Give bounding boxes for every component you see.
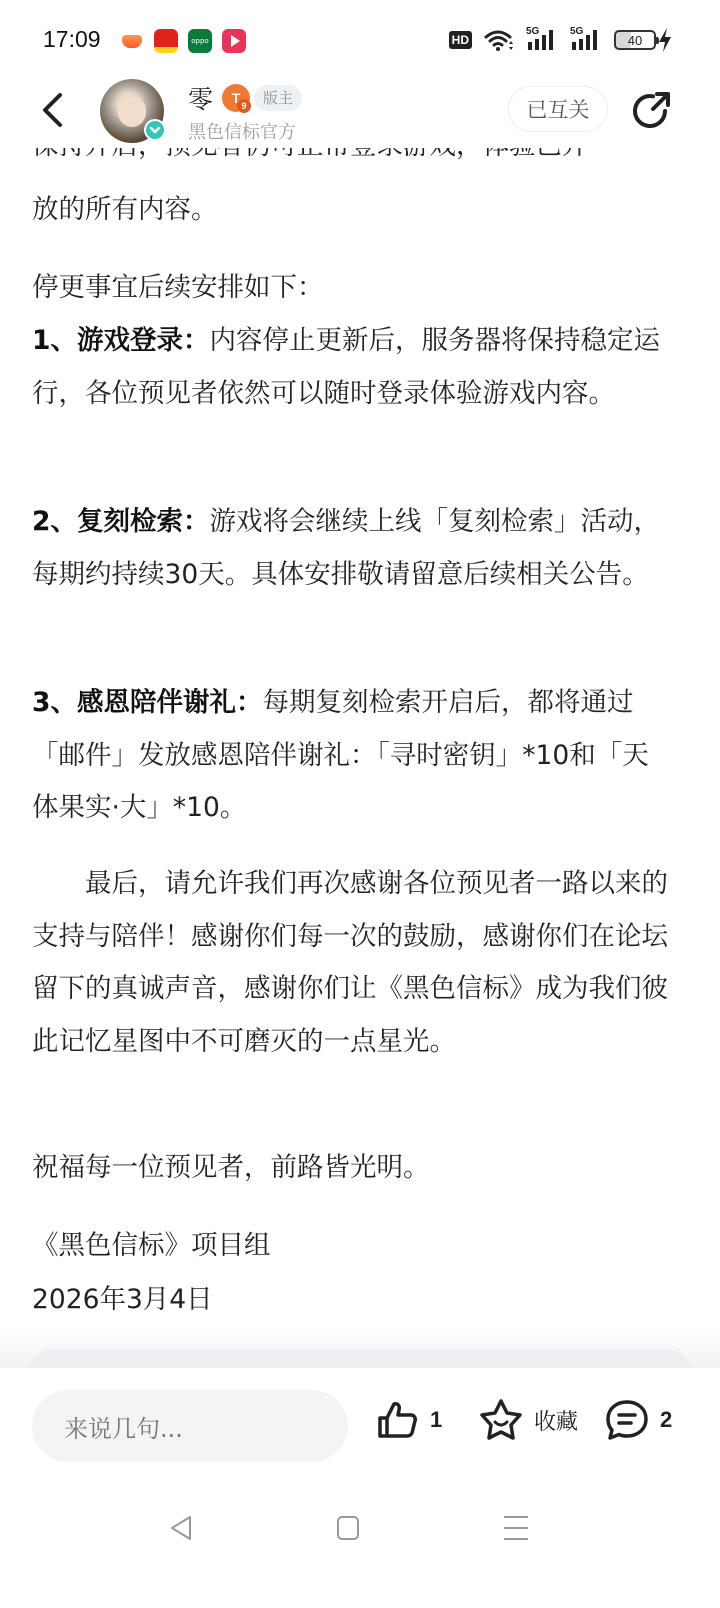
user-subtitle: 黑色信标官方 bbox=[188, 118, 296, 144]
notification-icons: oppo bbox=[120, 29, 246, 53]
system-nav-bar bbox=[0, 1488, 720, 1608]
thumbs-up-icon bbox=[376, 1398, 420, 1442]
paragraph-continuation: 放的所有内容。 bbox=[32, 184, 672, 237]
signal-5g-icon-1: 5G bbox=[526, 28, 558, 52]
avatar[interactable] bbox=[100, 79, 164, 143]
comment-input[interactable]: 来说几句... bbox=[32, 1390, 348, 1462]
signal-5g-icon-2: 5G bbox=[570, 28, 602, 52]
favorite-label: 收藏 bbox=[534, 1405, 578, 1436]
comments-button[interactable]: 2 bbox=[604, 1398, 672, 1442]
level-badge: T 9 bbox=[222, 84, 250, 112]
blessing-line: 祝福每一位预见者，前路皆光明。 bbox=[32, 1142, 672, 1195]
oppo-icon: oppo bbox=[188, 29, 212, 53]
closing-paragraph: 最后，请允许我们再次感谢各位预见者一路以来的支持与陪伴！感谢你们每一次的鼓励，感… bbox=[32, 858, 672, 1068]
menu-lines-icon bbox=[503, 1515, 529, 1541]
arrangement-item-3: 3、感恩陪伴谢礼：每期复刻检索开启后，都将通过「邮件」发放感恩陪伴谢礼：「寻时密… bbox=[32, 677, 672, 835]
arrangement-item-2: 2、复刻检索：游戏将会继续上线「复刻检索」活动，每期约持续30天。具体安排敬请留… bbox=[32, 496, 672, 601]
wifi-icon bbox=[484, 29, 514, 51]
verified-icon bbox=[144, 119, 166, 141]
moderator-badge: 版主 bbox=[254, 85, 302, 111]
favorite-button[interactable]: 收藏 bbox=[478, 1398, 578, 1442]
share-icon bbox=[629, 89, 673, 133]
chevron-left-icon bbox=[40, 92, 64, 128]
status-time: 17:09 bbox=[43, 26, 101, 53]
video-play-icon bbox=[222, 29, 246, 53]
charging-icon bbox=[658, 28, 672, 56]
like-button[interactable]: 1 bbox=[376, 1398, 442, 1442]
arrangement-item-1: 1、游戏登录：内容停止更新后，服务器将保持稳定运行，各位预见者依然可以随时登录体… bbox=[32, 315, 672, 420]
star-icon bbox=[478, 1398, 524, 1442]
status-bar: 17:09 oppo HD 5G 5G 40 bbox=[0, 0, 720, 80]
system-icons: HD 5G 5G 40 bbox=[449, 28, 656, 52]
nav-back-button[interactable] bbox=[156, 1508, 206, 1548]
clipped-line: 保持开启，预见者仍可正常登录游戏，体验已开 bbox=[32, 148, 672, 178]
hd-voice-icon: HD bbox=[449, 31, 472, 49]
signature: 《黑色信标》项目组 bbox=[32, 1220, 672, 1273]
user-name[interactable]: 零 bbox=[188, 80, 213, 116]
arrangements-heading: 停更事宜后续安排如下： bbox=[32, 262, 672, 315]
game-controller-icon bbox=[120, 29, 144, 53]
nav-menu-button[interactable] bbox=[491, 1508, 541, 1548]
like-count: 1 bbox=[430, 1407, 442, 1433]
avatar-image bbox=[118, 97, 146, 127]
bottom-action-bar: 来说几句... 1 收藏 2 bbox=[0, 1368, 720, 1488]
post-date: 2026年3月4日 bbox=[32, 1274, 672, 1327]
triangle-back-icon bbox=[168, 1515, 194, 1541]
comment-bubble-icon bbox=[604, 1398, 650, 1442]
battery-icon: 40 bbox=[614, 30, 656, 50]
pinduoduo-icon bbox=[154, 29, 178, 53]
share-button[interactable] bbox=[628, 88, 674, 134]
post-header: 零 T 9 版主 黑色信标官方 已互关 bbox=[0, 76, 720, 146]
mutual-follow-button[interactable]: 已互关 bbox=[508, 86, 608, 132]
nav-home-button[interactable] bbox=[323, 1508, 373, 1548]
square-home-icon bbox=[336, 1515, 360, 1541]
back-button[interactable] bbox=[34, 90, 70, 130]
comment-count: 2 bbox=[660, 1407, 672, 1433]
